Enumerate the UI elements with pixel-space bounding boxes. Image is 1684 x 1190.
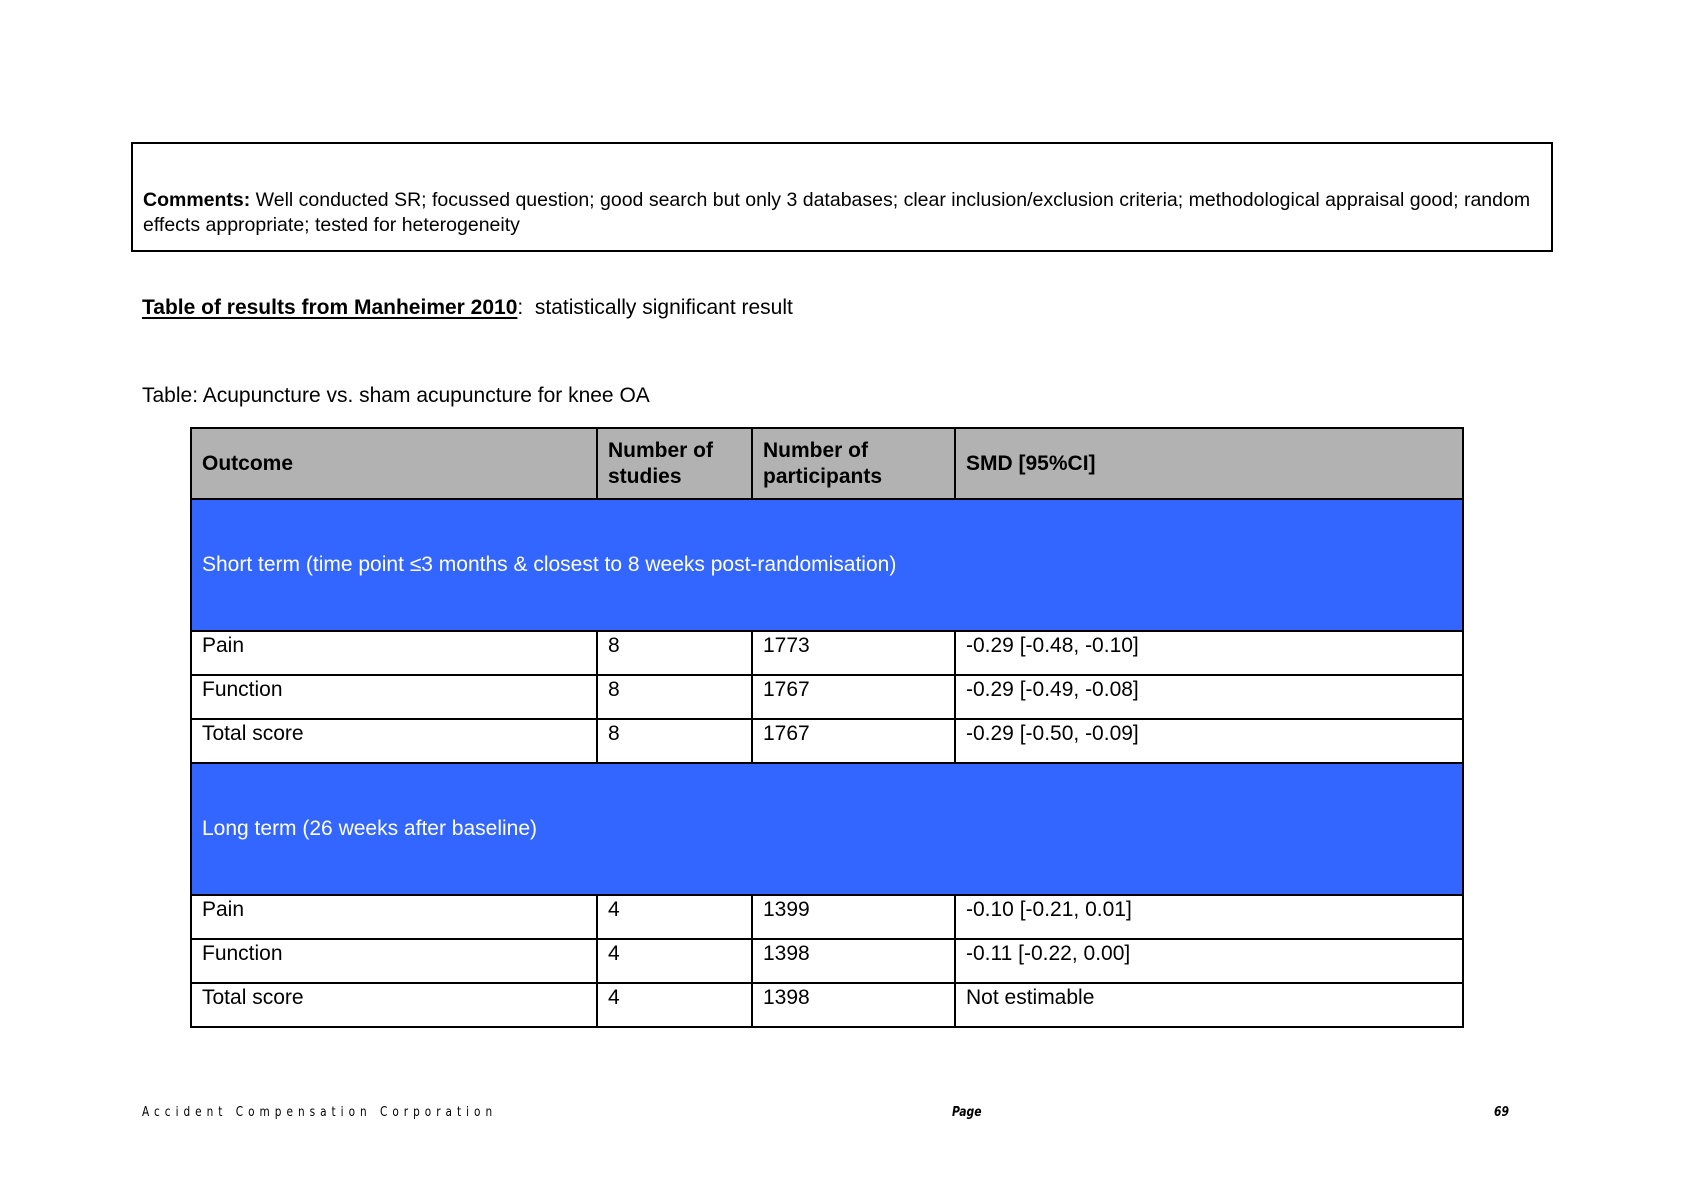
footer-page-number: 69 <box>1494 1104 1509 1120</box>
cell-outcome: Total score <box>191 983 597 1027</box>
footer-page-label: Page <box>952 1104 982 1120</box>
cell-smd: -0.29 [-0.48, -0.10] <box>955 631 1463 675</box>
cell-smd: -0.10 [-0.21, 0.01] <box>955 895 1463 939</box>
table-row: Pain 8 1773 -0.29 [-0.48, -0.10] <box>191 631 1463 675</box>
results-heading: Table of results from Manheimer 2010: st… <box>142 296 793 320</box>
cell-participants: 1398 <box>752 939 955 983</box>
cell-studies: 8 <box>597 675 752 719</box>
cell-studies: 4 <box>597 939 752 983</box>
cell-participants: 1398 <box>752 983 955 1027</box>
cell-studies: 4 <box>597 895 752 939</box>
results-heading-title: Table of results from Manheimer 2010 <box>142 296 517 319</box>
section-row-long-term: Long term (26 weeks after baseline) <box>191 763 1463 895</box>
cell-smd: -0.11 [-0.22, 0.00] <box>955 939 1463 983</box>
cell-outcome: Pain <box>191 631 597 675</box>
table-row: Function 8 1767 -0.29 [-0.49, -0.08] <box>191 675 1463 719</box>
comments-text: Comments: Well conducted SR; focussed qu… <box>143 188 1541 238</box>
cell-outcome: Total score <box>191 719 597 763</box>
table-row: Total score 4 1398 Not estimable <box>191 983 1463 1027</box>
section-title: Short term (time point ≤3 months & close… <box>191 499 1463 631</box>
section-title: Long term (26 weeks after baseline) <box>191 763 1463 895</box>
section-row-short-term: Short term (time point ≤3 months & close… <box>191 499 1463 631</box>
cell-participants: 1767 <box>752 675 955 719</box>
cell-outcome: Pain <box>191 895 597 939</box>
cell-smd: -0.29 [-0.49, -0.08] <box>955 675 1463 719</box>
cell-outcome: Function <box>191 939 597 983</box>
cell-participants: 1767 <box>752 719 955 763</box>
cell-smd: -0.29 [-0.50, -0.09] <box>955 719 1463 763</box>
table-row: Total score 8 1767 -0.29 [-0.50, -0.09] <box>191 719 1463 763</box>
header-smd: SMD [95%CI] <box>955 428 1463 499</box>
cell-participants: 1773 <box>752 631 955 675</box>
comments-label: Comments: <box>143 189 250 211</box>
header-outcome: Outcome <box>191 428 597 499</box>
cell-studies: 4 <box>597 983 752 1027</box>
cell-participants: 1399 <box>752 895 955 939</box>
cell-smd: Not estimable <box>955 983 1463 1027</box>
table-row: Pain 4 1399 -0.10 [-0.21, 0.01] <box>191 895 1463 939</box>
table-header-row: Outcome Number of studies Number of part… <box>191 428 1463 499</box>
header-number-of-participants: Number of participants <box>752 428 955 499</box>
comments-box: Comments: Well conducted SR; focussed qu… <box>131 142 1553 252</box>
table-row: Function 4 1398 -0.11 [-0.22, 0.00] <box>191 939 1463 983</box>
cell-studies: 8 <box>597 719 752 763</box>
comments-body: Well conducted SR; focussed question; go… <box>143 189 1530 236</box>
cell-studies: 8 <box>597 631 752 675</box>
results-heading-suffix: : statistically significant result <box>517 296 792 319</box>
footer-organization: Accident Compensation Corporation <box>142 1104 497 1120</box>
header-number-of-studies: Number of studies <box>597 428 752 499</box>
cell-outcome: Function <box>191 675 597 719</box>
table-caption: Table: Acupuncture vs. sham acupuncture … <box>142 384 650 408</box>
results-table: Outcome Number of studies Number of part… <box>190 427 1464 1028</box>
